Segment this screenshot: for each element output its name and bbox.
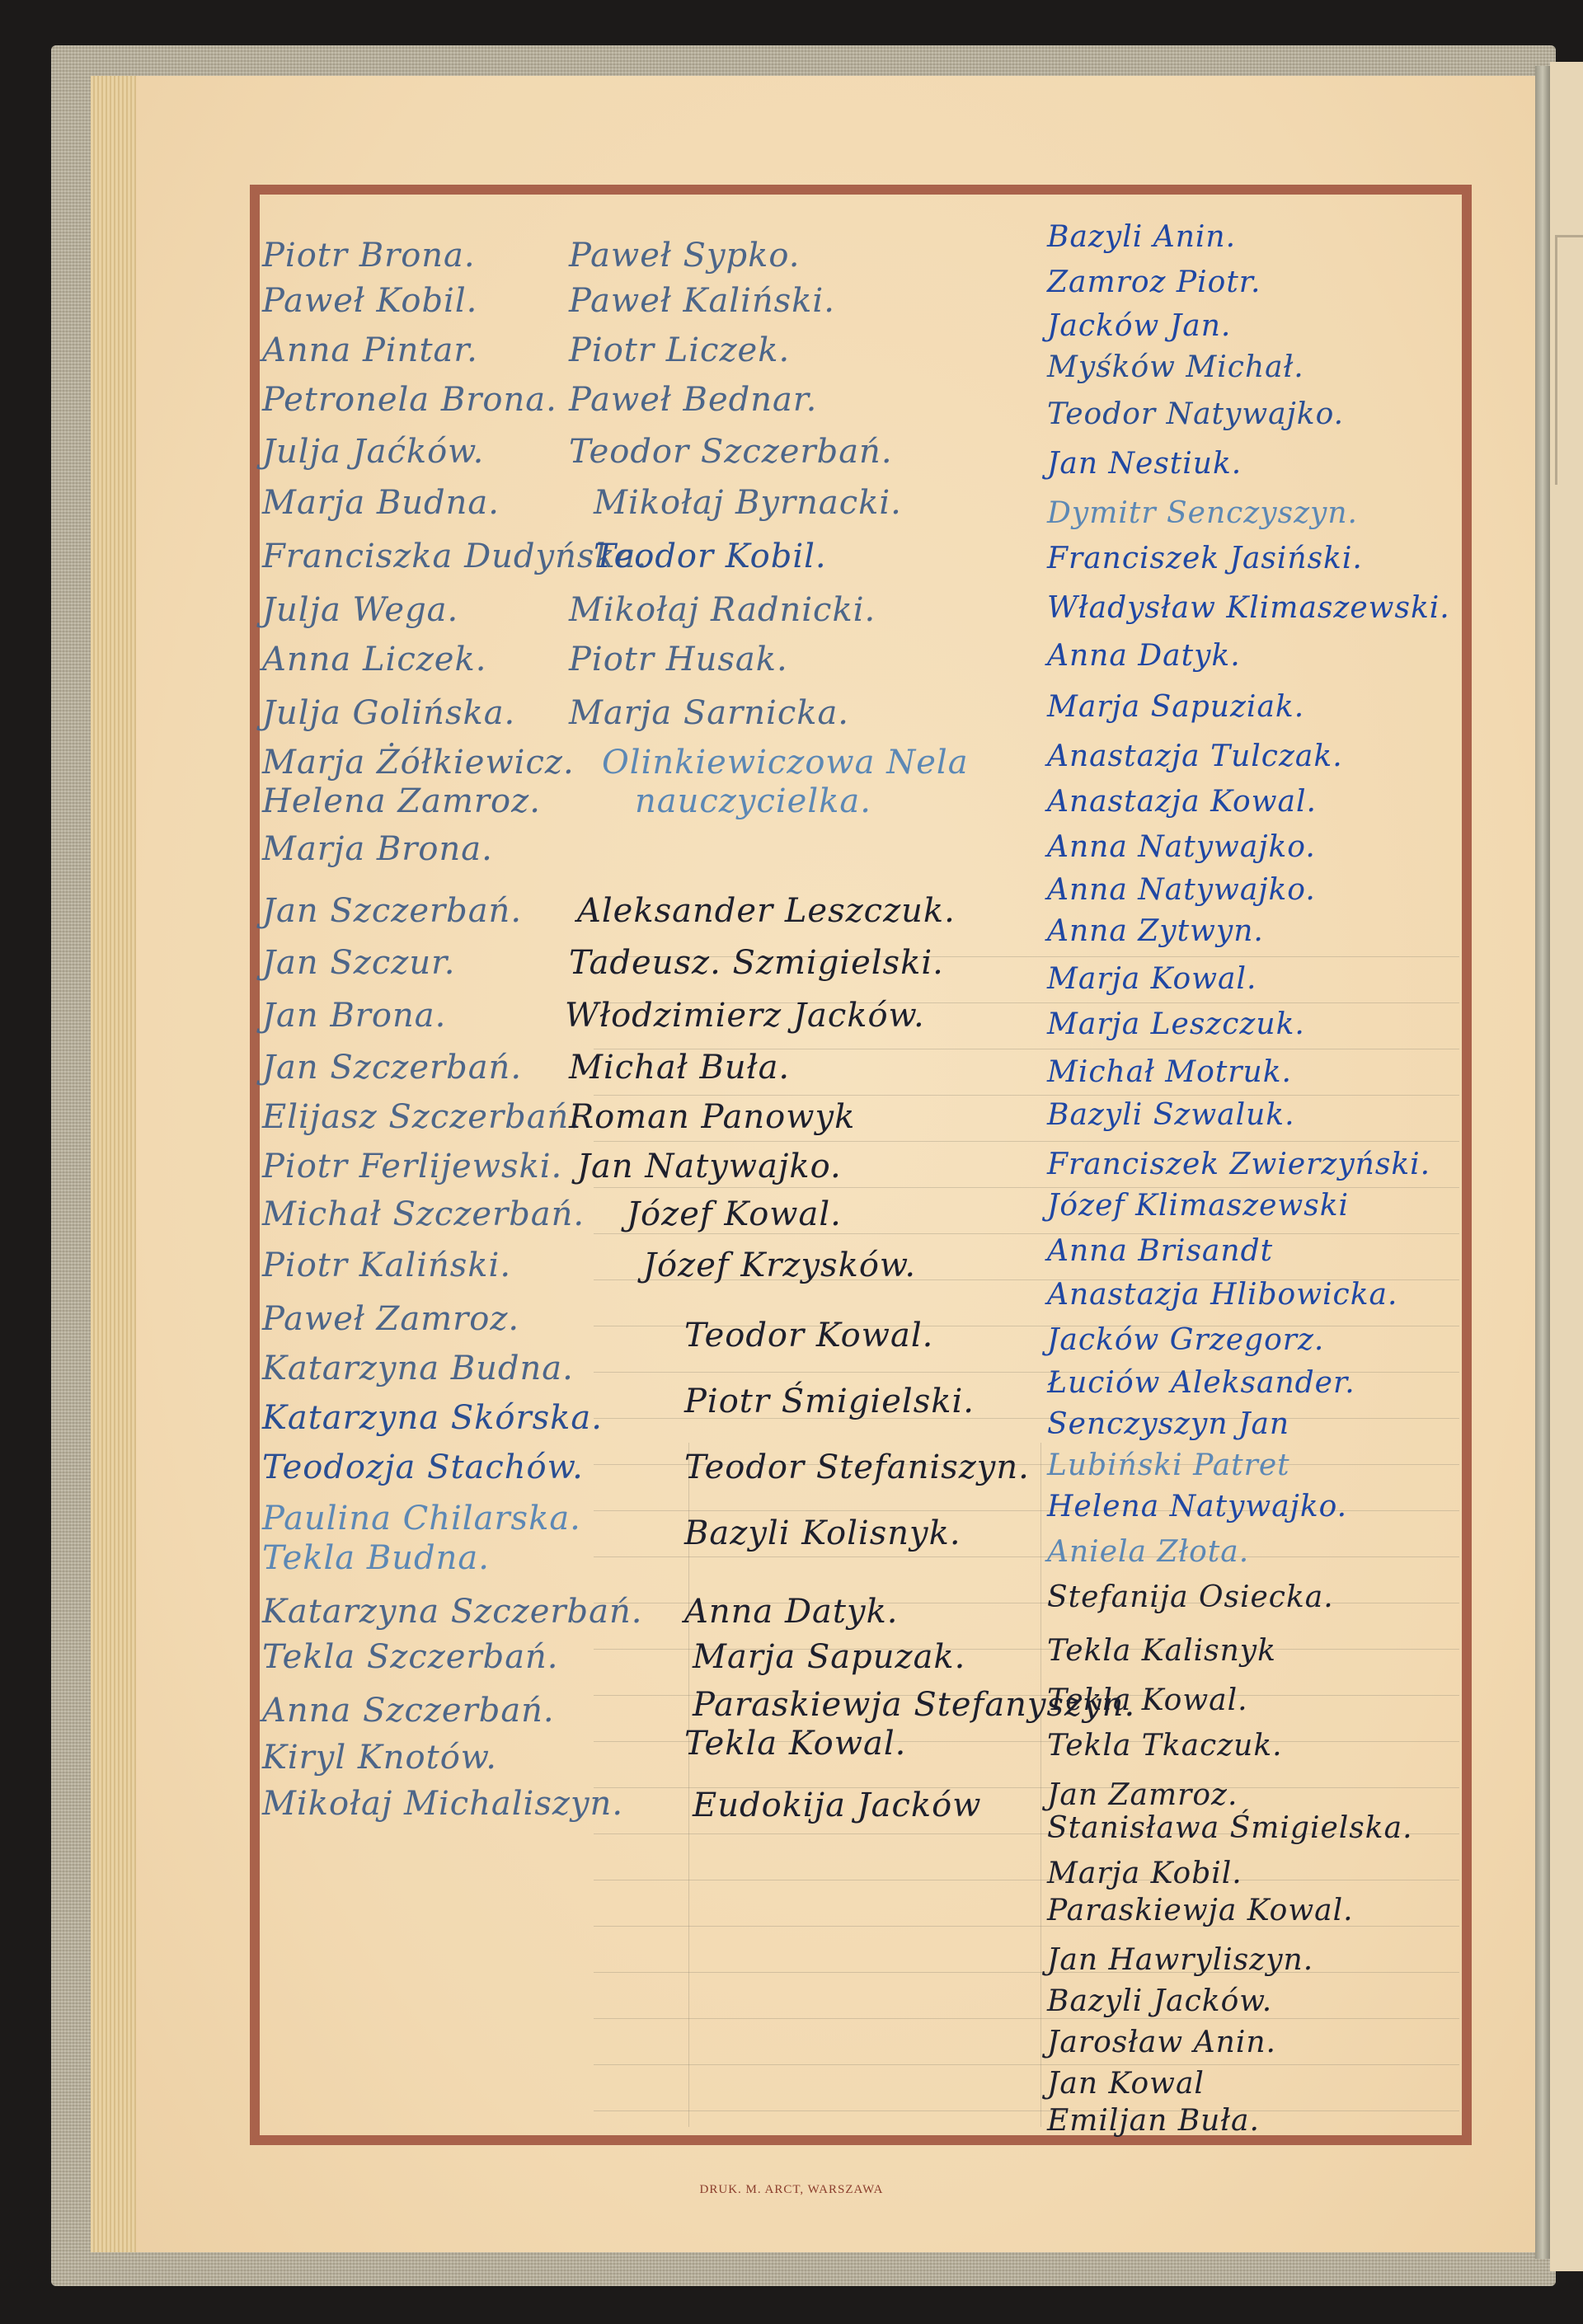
signature-right: Michał Motruk. <box>1047 1058 1292 1087</box>
signature-right: Aniela Złota. <box>1047 1538 1249 1567</box>
signature-right: Marja Kobil. <box>1047 1859 1242 1889</box>
signature-left: Julja Jaćków. <box>262 435 484 468</box>
signature-middle: Paweł Sypko. <box>569 239 801 272</box>
signature-middle: Teodor Szczerbań. <box>569 435 893 468</box>
signature-middle: Tekla Kowal. <box>684 1727 906 1760</box>
signature-left: Petronela Brona. <box>262 383 557 416</box>
signature-middle: Paweł Kaliński. <box>569 284 835 317</box>
signature-middle: Teodor Kowal. <box>684 1319 933 1352</box>
printer-imprint: DRUK. M. ARCT, WARSZAWA <box>0 2183 1583 2197</box>
ledger-line <box>594 1095 1459 1096</box>
book-gutter <box>1535 66 1550 2259</box>
ledger-divider <box>1040 1443 1041 2127</box>
signature-right: Teodor Natywajko. <box>1047 400 1344 430</box>
signature-right: Jan Zamroz. <box>1047 1781 1238 1810</box>
signature-right: Jan Kowal <box>1047 2069 1205 2099</box>
signature-middle: Mikołaj Radnicki. <box>569 594 876 627</box>
ledger-line <box>594 1880 1459 1880</box>
signature-right: Helena Natywajko. <box>1047 1492 1347 1522</box>
signature-left: Jan Szczur. <box>262 946 456 979</box>
signature-left: Piotr Kaliński. <box>262 1249 511 1282</box>
signature-right: Marja Sapuziak. <box>1047 693 1304 722</box>
signature-left: Marja Brona. <box>262 833 493 866</box>
signature-middle: Józef Krzysków. <box>643 1249 916 1282</box>
page-edges <box>91 76 140 2252</box>
signature-right: Dymitr Senczyszyn. <box>1047 499 1358 528</box>
signature-middle: Aleksander Leszczuk. <box>577 894 956 927</box>
signature-right: Jacków Grzegorz. <box>1047 1326 1324 1355</box>
signature-middle: Mikołaj Byrnacki. <box>594 486 902 519</box>
signature-right: Tekla Tkaczuk. <box>1047 1731 1283 1761</box>
signature-right: Bazyli Szwaluk. <box>1047 1101 1295 1130</box>
ledger-line <box>594 1141 1459 1142</box>
signature-right: Anna Brisandt <box>1047 1237 1273 1266</box>
signature-left: Jan Szczerbań. <box>262 1051 522 1084</box>
ledger-line <box>594 1187 1459 1188</box>
signature-right: Anastazja Kowal. <box>1047 787 1317 817</box>
signature-right: Tekla Kalisnyk <box>1047 1636 1276 1666</box>
signature-middle: Marja Sarnicka. <box>569 697 849 730</box>
signature-right: Jarosław Anin. <box>1047 2028 1276 2058</box>
signature-left: Julja Wega. <box>262 594 458 627</box>
signature-middle: Paweł Bednar. <box>569 383 817 416</box>
signature-left: Michał Szczerbań. <box>262 1198 585 1231</box>
signature-right: Józef Klimaszewski <box>1047 1191 1349 1221</box>
ledger-line <box>594 1972 1459 1973</box>
ledger-line <box>594 1556 1459 1557</box>
signature-right: Marja Leszczuk. <box>1047 1010 1305 1040</box>
signature-right: Łuciów Aleksander. <box>1047 1369 1355 1398</box>
signature-right: Stefanija Osiecka. <box>1047 1583 1334 1613</box>
signature-left: Julja Golińska. <box>262 697 515 730</box>
signature-left: Mikołaj Michaliszyn. <box>262 1787 623 1820</box>
signature-right: Anna Natywajko. <box>1047 876 1316 905</box>
signature-right: Jan Nestiuk. <box>1047 449 1242 479</box>
signature-right: Myśków Michał. <box>1047 353 1304 383</box>
signature-left: Anna Pintar. <box>262 334 478 367</box>
signature-left: Tekla Szczerbań. <box>262 1641 559 1674</box>
signature-middle: Piotr Śmigielski. <box>684 1385 975 1418</box>
signature-right: Stanisława Śmigielska. <box>1047 1814 1413 1843</box>
signature-middle: Józef Kowal. <box>627 1198 842 1231</box>
signature-middle: Piotr Liczek. <box>569 334 790 367</box>
signature-left: Anna Liczek. <box>262 643 486 676</box>
signature-left: Marja Budna. <box>262 486 500 519</box>
signature-middle: Olinkiewiczowa Nela <box>602 746 969 779</box>
next-page-ornament <box>1555 235 1583 485</box>
signature-left: Paweł Zamroz. <box>262 1303 519 1336</box>
signature-right: Jacków Jan. <box>1047 312 1231 341</box>
signature-middle: Włodzimierz Jacków. <box>565 999 925 1032</box>
signature-right: Anastazja Hlibowicka. <box>1047 1280 1397 1310</box>
signature-right: Senczyszyn Jan <box>1047 1410 1289 1439</box>
signature-middle: nauczycielka. <box>635 785 871 818</box>
signature-left: Elijasz Szczerbań. <box>262 1101 580 1134</box>
signature-right: Anastazja Tulczak. <box>1047 742 1343 772</box>
signature-middle: Roman Panowyk <box>569 1101 855 1134</box>
signature-left: Anna Szczerbań. <box>262 1694 555 1727</box>
signature-middle: Teodor Kobil. <box>594 540 827 573</box>
signature-middle: Michał Buła. <box>569 1051 790 1084</box>
signature-right: Władysław Klimaszewski. <box>1047 594 1450 623</box>
signature-middle: Bazyli Kolisnyk. <box>684 1517 961 1550</box>
signature-middle: Anna Datyk. <box>684 1595 899 1628</box>
signature-left: Tekla Budna. <box>262 1542 490 1575</box>
signature-left: Paweł Kobil. <box>262 284 477 317</box>
signature-left: Kiryl Knotów. <box>262 1741 497 1774</box>
signature-left: Teodozja Stachów. <box>262 1451 584 1484</box>
ledger-line <box>594 2064 1459 2065</box>
signature-right: Franciszek Zwierzyński. <box>1047 1150 1430 1180</box>
signature-right: Marja Kowal. <box>1047 965 1257 994</box>
signature-left: Katarzyna Szczerbań. <box>262 1595 642 1628</box>
signature-middle: Teodor Stefaniszyn. <box>684 1451 1030 1484</box>
signature-left: Katarzyna Skórska. <box>262 1401 603 1434</box>
signature-right: Anna Natywajko. <box>1047 833 1316 862</box>
signature-right: Bazyli Jacków. <box>1047 1987 1272 2016</box>
signature-right: Lubiński Patret <box>1047 1451 1290 1481</box>
signature-left: Jan Brona. <box>262 999 446 1032</box>
signature-middle: Tadeusz. Szmigielski. <box>569 946 944 979</box>
signature-middle: Marja Sapuzak. <box>693 1641 965 1674</box>
signature-left: Helena Zamroz. <box>262 785 541 818</box>
signature-middle: Jan Natywajko. <box>577 1150 842 1183</box>
ledger-line <box>594 2110 1459 2111</box>
signature-right: Zamroz Piotr. <box>1047 268 1261 298</box>
ledger-line <box>594 1233 1459 1234</box>
signature-right: Bazyli Anin. <box>1047 223 1236 252</box>
signature-right: Emiljan Buła. <box>1047 2106 1260 2136</box>
signature-middle: Piotr Husak. <box>569 643 788 676</box>
signature-left: Katarzyna Budna. <box>262 1352 574 1385</box>
signature-left: Piotr Ferlijewski. <box>262 1150 562 1183</box>
signature-right: Anna Datyk. <box>1047 641 1241 671</box>
signature-right: Franciszek Jasiński. <box>1047 544 1363 574</box>
ledger-line <box>594 2018 1459 2019</box>
signature-left: Paulina Chilarska. <box>262 1502 581 1535</box>
signature-middle: Eudokija Jacków <box>693 1789 982 1822</box>
signature-right: Anna Zytwyn. <box>1047 917 1264 946</box>
signature-left: Marja Żółkiewicz. <box>262 746 575 779</box>
next-page-edge <box>1550 62 1583 2271</box>
signature-left: Piotr Brona. <box>262 239 476 272</box>
signature-right: Paraskiewja Kowal. <box>1047 1896 1354 1926</box>
signature-left: Franciszka Dudyńska. <box>262 540 647 573</box>
signature-right: Tekla Kowal. <box>1047 1686 1248 1716</box>
signature-right: Jan Hawryliszyn. <box>1047 1946 1313 1975</box>
signature-left: Jan Szczerbań. <box>262 894 522 927</box>
